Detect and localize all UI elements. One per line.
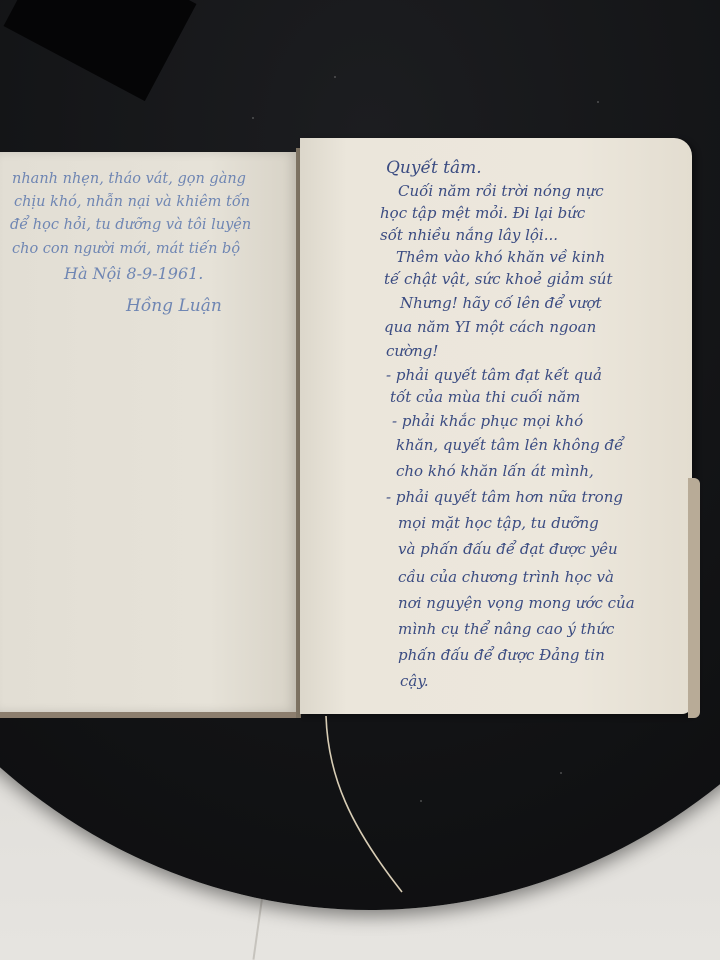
right-line: tốt của mùa thi cuối năm <box>390 390 580 405</box>
dust-speck <box>560 772 562 774</box>
signature: Hồng Luận <box>126 298 222 315</box>
worn-page-edge <box>688 478 700 718</box>
right-line: - phải quyết tâm đạt kết quả <box>386 368 602 383</box>
right-line: tế chật vật, sức khoẻ giảm sút <box>384 272 612 287</box>
right-line: - phải khắc phục mọi khó <box>392 414 583 429</box>
dust-speck <box>420 800 422 802</box>
right-line: cường! <box>386 344 438 359</box>
left-line-2: chịu khó, nhẫn nại và khiêm tốn <box>14 195 250 210</box>
right-title: Quyết tâm. <box>386 160 482 177</box>
left-line-1: nhanh nhẹn, tháo vát, gọn gàng <box>12 172 246 187</box>
right-line: học tập mệt mỏi. Đi lại bức <box>380 206 585 221</box>
dust-speck <box>252 117 254 119</box>
right-line: cầu của chương trình học và <box>398 570 614 585</box>
bookmark-thread <box>320 716 410 896</box>
right-line: qua năm YI một cách ngoan <box>384 320 596 335</box>
right-line: - phải quyết tâm hơn nữa trong <box>386 490 623 505</box>
right-line: Cuối năm rồi trời nóng nực <box>398 184 604 199</box>
left-page: nhanh nhẹn, tháo vát, gọn gàng chịu khó,… <box>0 152 298 718</box>
open-notebook: nhanh nhẹn, tháo vát, gọn gàng chịu khó,… <box>0 138 702 718</box>
right-line: cho khó khăn lấn át mình, <box>396 464 594 479</box>
place-date: Hà Nội 8-9-1961. <box>64 266 203 282</box>
right-line: nơi nguyện vọng mong ước của <box>398 596 635 611</box>
right-page: Quyết tâm. Cuối năm rồi trời nóng nực họ… <box>300 138 692 714</box>
right-line: và phấn đấu để đạt được yêu <box>398 542 618 557</box>
right-line: khăn, quyết tâm lên không để <box>396 438 623 453</box>
right-line: mọi mặt học tập, tu dưỡng <box>398 516 599 531</box>
left-line-4: cho con người mới, mát tiến bộ <box>12 242 240 257</box>
dust-speck <box>597 101 599 103</box>
right-line: Thêm vào khó khăn về kinh <box>396 250 605 265</box>
right-line: phấn đấu để được Đảng tin <box>398 648 605 663</box>
right-line: cậy. <box>400 674 429 689</box>
right-line: Nhưng! hãy cố lên để vượt <box>400 296 602 311</box>
left-line-3: để học hỏi, tu dưỡng và tôi luyện <box>10 218 251 233</box>
dust-speck <box>334 76 336 78</box>
right-line: sốt nhiều nắng lây lội... <box>380 228 558 243</box>
right-line: mình cụ thể nâng cao ý thức <box>398 622 614 637</box>
